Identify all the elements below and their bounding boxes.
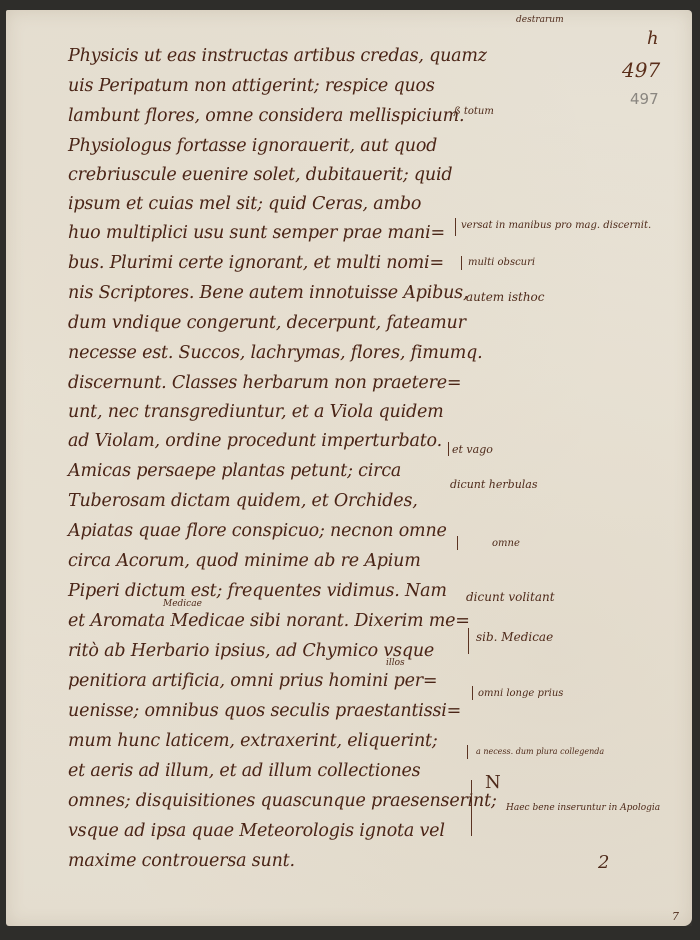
margin-note: omne (492, 538, 520, 549)
margin-note: multi obscuri (468, 257, 535, 268)
text-line: uenisse; omnibus quos seculis praestanti… (68, 701, 461, 721)
margin-bracket (467, 745, 468, 759)
margin-note: dicunt volitant (466, 590, 555, 604)
folio-number-ink: 497 (622, 58, 660, 82)
margin-bracket (455, 218, 456, 236)
text-line: Tuberosam dictam quidem, et Orchides, (68, 491, 418, 511)
margin-note: ß totum (454, 106, 494, 117)
text-line: circa Acorum, quod minime ab re Apium (68, 551, 421, 571)
text-line: Amicas persaepe plantas petunt; circa (68, 461, 401, 481)
margin-bracket (472, 686, 473, 700)
manuscript-page: destrarum h 497 497 Physicis ut eas inst… (6, 10, 692, 926)
margin-note: a necess. dum plura collegenda (476, 747, 604, 756)
margin-note: omni longe prius (478, 688, 563, 699)
text-line: penitiora artificia, omni prius homini p… (68, 671, 437, 691)
text-line: Piperi dictum est; frequentes vidimus. N… (68, 581, 447, 601)
margin-bracket (468, 628, 469, 654)
folio-number-pencil: 497 (630, 90, 659, 108)
margin-bracket (471, 780, 472, 836)
margin-note: versat in manibus pro mag. discernit. (461, 220, 651, 231)
margin-note: 2 (598, 852, 609, 873)
text-line: unt, nec transgrediuntur, et a Viola qui… (68, 402, 444, 422)
margin-bracket (461, 256, 462, 270)
text-line: bus. Plurimi certe ignorant, et multi no… (68, 253, 444, 273)
text-line: omnes; disquisitiones quascunque praesen… (68, 791, 497, 811)
text-line: necesse est. Succos, lachrymas, flores, … (68, 343, 483, 363)
margin-note: N (485, 772, 501, 793)
margin-note: Haec bene inseruntur in Apologia (506, 803, 660, 813)
text-line: lambunt flores, omne considera mellispic… (68, 106, 464, 126)
text-line: et aeris ad illum, et ad illum collectio… (68, 761, 420, 781)
text-line: huo multiplici usu sunt semper prae mani… (68, 223, 445, 243)
text-line: et Aromata Medicae sibi norant. Dixerim … (68, 611, 470, 631)
text-line: dum vndique congerunt, decerpunt, fateam… (68, 313, 466, 333)
text-line: discernunt. Classes herbarum non praeter… (68, 373, 461, 393)
margin-bracket (448, 442, 449, 456)
text-line: Physicis ut eas instructas artibus creda… (68, 46, 487, 66)
margin-bracket (457, 536, 458, 550)
text-line: Apiatas quae flore conspicuo; necnon omn… (68, 521, 447, 541)
interlinear-note: Medicae (163, 599, 202, 609)
margin-note: 7 (672, 910, 679, 923)
top-note: destrarum (516, 15, 564, 25)
margin-note: dicunt herbulas (450, 478, 538, 491)
text-line: vsque ad ipsa quae Meteorologis ignota v… (68, 821, 445, 841)
margin-note: sib. Medicae (476, 630, 553, 644)
text-line: ad Violam, ordine procedunt imperturbato… (68, 431, 442, 451)
text-line: crebriuscule euenire solet, dubitauerit;… (68, 165, 452, 185)
margin-note: autem isthoc (466, 290, 545, 304)
margin-note: et vago (452, 443, 493, 456)
text-line: ipsum et cuias mel sit; quid Ceras, ambo (68, 194, 421, 214)
text-line: uis Peripatum non attigerint; respice qu… (68, 76, 435, 96)
text-line: maxime controuersa sunt. (68, 851, 295, 871)
text-line: Physiologus fortasse ignorauerit, aut qu… (68, 136, 437, 156)
text-line: mum hunc laticem, extraxerint, eliquerin… (68, 731, 438, 751)
folio-letter: h (647, 28, 659, 49)
text-line: ritò ab Herbario ipsius, ad Chymico vsqu… (68, 641, 434, 661)
text-line: nis Scriptores. Bene autem innotuisse Ap… (68, 283, 468, 303)
interlinear-note: illos (386, 658, 405, 668)
